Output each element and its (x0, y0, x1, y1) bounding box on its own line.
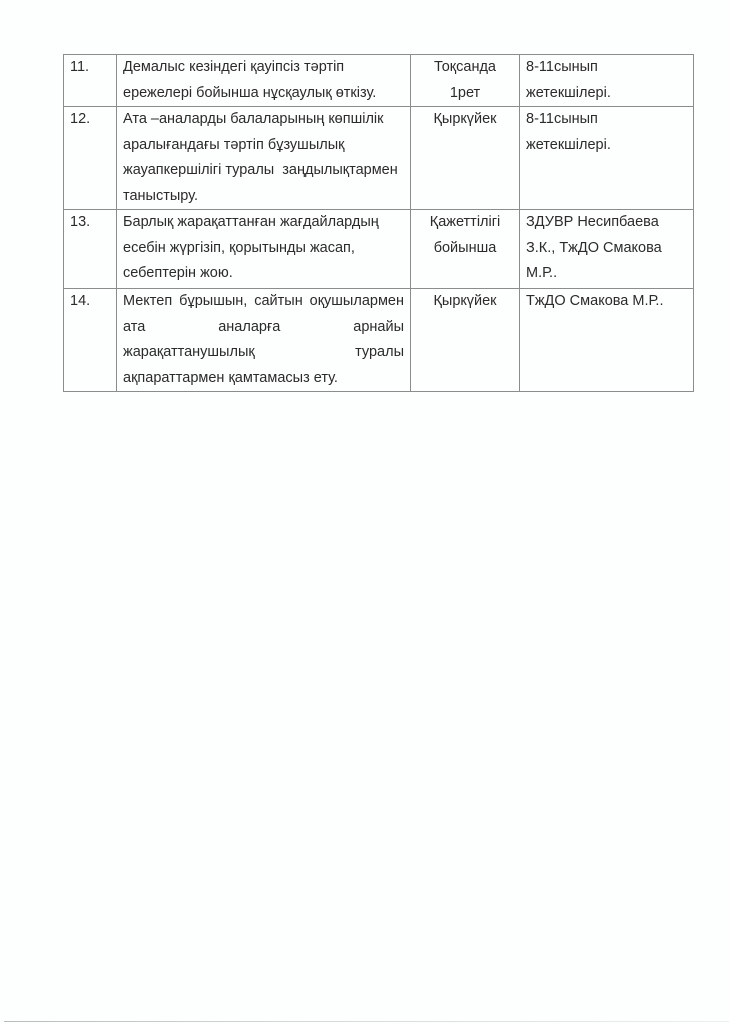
term-line: 1рет (417, 81, 513, 107)
responsible-line: М.Р.. (526, 261, 687, 287)
activity-term: Қыркүйек (411, 107, 520, 210)
document-page: 11. Демалыс кезіндегі қауіпсіз тәртіп ер… (0, 0, 729, 1024)
activity-description: Демалыс кезіндегі қауіпсіз тәртіп ережел… (117, 55, 411, 107)
description-line: ақпараттармен қамтамасыз ету. (123, 366, 404, 392)
scan-edge-line (4, 1021, 729, 1022)
description-line: Барлық жарақаттанған жағдайлардың (123, 210, 404, 236)
activity-plan-table: 11. Демалыс кезіндегі қауіпсіз тәртіп ер… (63, 54, 694, 392)
responsible-line: 8-11сынып (526, 55, 687, 81)
table-row: 11. Демалыс кезіндегі қауіпсіз тәртіп ер… (64, 55, 694, 107)
table-row: 12. Ата –аналарды балаларының көпшілік а… (64, 107, 694, 210)
description-line: жарақаттанушылық туралы (123, 340, 404, 366)
responsible-persons: 8-11сынып жетекшілері. (520, 55, 694, 107)
term-line: Қыркүйек (417, 289, 513, 315)
activity-term: Қыркүйек (411, 289, 520, 392)
description-line: Мектеп бұрышын, сайтын оқушылармен (123, 289, 404, 315)
activity-term: Қажеттілігі бойынша (411, 210, 520, 289)
table-row: 13. Барлық жарақаттанған жағдайлардың ес… (64, 210, 694, 289)
description-line: себептерін жою. (123, 261, 404, 287)
description-line: ережелері бойынша нұсқаулық өткізу. (123, 81, 404, 107)
activity-description: Барлық жарақаттанған жағдайлардың есебін… (117, 210, 411, 289)
responsible-line: З.К., ТжДО Смакова (526, 236, 687, 262)
description-line: Ата –аналарды балаларының көпшілік (123, 107, 404, 133)
description-line: таныстыру. (123, 184, 404, 210)
row-number: 12. (64, 107, 117, 210)
responsible-persons: 8-11сынып жетекшілері. (520, 107, 694, 210)
term-line: бойынша (417, 236, 513, 262)
activity-description: Мектеп бұрышын, сайтын оқушылармен ата а… (117, 289, 411, 392)
responsible-line: жетекшілері. (526, 133, 687, 159)
term-line: Қыркүйек (417, 107, 513, 133)
row-number: 13. (64, 210, 117, 289)
responsible-line: жетекшілері. (526, 81, 687, 107)
description-line: аралығандағы тәртіп бұзушылық (123, 133, 404, 159)
responsible-line: ЗДУВР Несипбаева (526, 210, 687, 236)
activity-description: Ата –аналарды балаларының көпшілік аралы… (117, 107, 411, 210)
description-line: ата аналарға арнайы (123, 315, 404, 341)
responsible-line: 8-11сынып (526, 107, 687, 133)
responsible-persons: ЗДУВР Несипбаева З.К., ТжДО Смакова М.Р.… (520, 210, 694, 289)
description-line: жауапкершілігі туралы заңдылықтармен (123, 158, 404, 184)
term-line: Қажеттілігі (417, 210, 513, 236)
responsible-line: ТжДО Смакова М.Р.. (526, 289, 687, 315)
row-number: 11. (64, 55, 117, 107)
term-line: Тоқсанда (417, 55, 513, 81)
responsible-persons: ТжДО Смакова М.Р.. (520, 289, 694, 392)
description-line: есебін жүргізіп, қорытынды жасап, (123, 236, 404, 262)
row-number: 14. (64, 289, 117, 392)
activity-term: Тоқсанда 1рет (411, 55, 520, 107)
table-row: 14. Мектеп бұрышын, сайтын оқушылармен а… (64, 289, 694, 392)
description-line: Демалыс кезіндегі қауіпсіз тәртіп (123, 55, 404, 81)
